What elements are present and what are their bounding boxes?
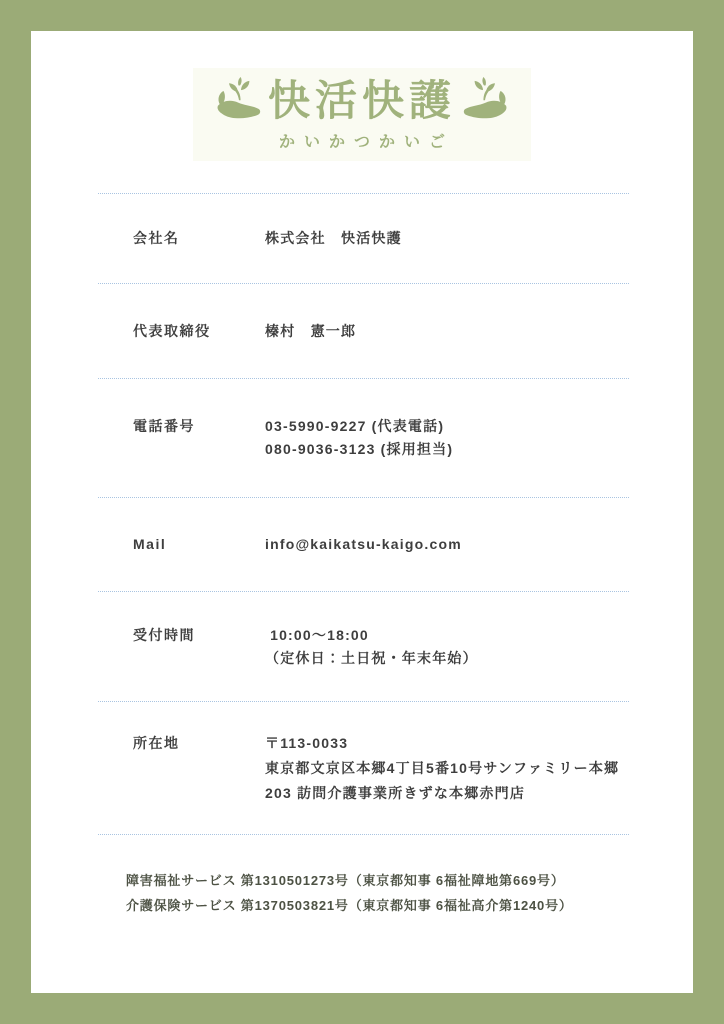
- value-line: 榛村 憲一郎: [265, 320, 629, 343]
- info-row-address: 所在地 〒113-0033 東京都文京区本郷4丁目5番10号サンファミリー本郷 …: [98, 701, 629, 834]
- license-line-care-insurance: 介護保険サービス 第1370503821号（東京都知事 6福祉高介第1240号）: [126, 893, 627, 918]
- info-row-phone: 電話番号 03-5990-9227 (代表電話) 080-9036-3123 (…: [98, 378, 629, 497]
- info-label: 電話番号: [98, 415, 265, 438]
- info-value: 〒113-0033 東京都文京区本郷4丁目5番10号サンファミリー本郷 203 …: [265, 731, 629, 806]
- logo-subtitle: かいかつかいご: [270, 129, 454, 152]
- info-row-mail: Mail info@kaikatsu-kaigo.com: [98, 497, 629, 591]
- hand-with-sprout-icon: [460, 76, 510, 126]
- info-value: 03-5990-9227 (代表電話) 080-9036-3123 (採用担当): [265, 415, 629, 461]
- info-row-hours: 受付時間 10:00〜18:00 （定休日：土日祝・年末年始）: [98, 591, 629, 701]
- page-content: 快活快護 かいかつかいご 会社名: [31, 31, 693, 993]
- value-line: 〒113-0033: [265, 731, 629, 756]
- info-row-company-name: 会社名 株式会社 快活快護: [98, 193, 629, 283]
- value-line: 株式会社 快活快護: [265, 227, 629, 250]
- info-label: 会社名: [98, 227, 265, 250]
- logo-row: 快活快護: [214, 76, 510, 126]
- hand-with-sprout-icon: [214, 76, 264, 126]
- info-label: 所在地: [98, 731, 265, 756]
- logo-block: 快活快護 かいかつかいご: [193, 68, 531, 161]
- info-value: info@kaikatsu-kaigo.com: [265, 533, 629, 556]
- license-line-disability-service: 障害福祉サービス 第1310501273号（東京都知事 6福祉障地第669号）: [126, 868, 627, 893]
- logo-title: 快活快護: [268, 78, 456, 124]
- info-value: 株式会社 快活快護: [265, 227, 629, 250]
- value-line: 10:00〜18:00: [265, 624, 629, 647]
- info-value: 榛村 憲一郎: [265, 320, 629, 343]
- company-info-table: 会社名 株式会社 快活快護 代表取締役 榛村 憲一郎 電話番号: [98, 193, 629, 835]
- company-profile-page: 快活快護 かいかつかいご 会社名: [0, 0, 724, 1024]
- value-line: 03-5990-9227 (代表電話): [265, 415, 629, 438]
- value-line: 203 訪問介護事業所きずな本郷赤門店: [265, 781, 629, 806]
- license-footer: 障害福祉サービス 第1310501273号（東京都知事 6福祉障地第669号） …: [126, 868, 627, 918]
- info-value: 10:00〜18:00 （定休日：土日祝・年末年始）: [265, 624, 629, 670]
- value-line: 東京都文京区本郷4丁目5番10号サンファミリー本郷: [265, 756, 629, 781]
- info-row-ceo: 代表取締役 榛村 憲一郎: [98, 283, 629, 378]
- info-label: 代表取締役: [98, 320, 265, 343]
- value-line: info@kaikatsu-kaigo.com: [265, 533, 629, 556]
- info-label: Mail: [98, 533, 265, 556]
- value-line: （定休日：土日祝・年末年始）: [265, 647, 629, 670]
- value-line: 080-9036-3123 (採用担当): [265, 438, 629, 461]
- info-label: 受付時間: [98, 624, 265, 647]
